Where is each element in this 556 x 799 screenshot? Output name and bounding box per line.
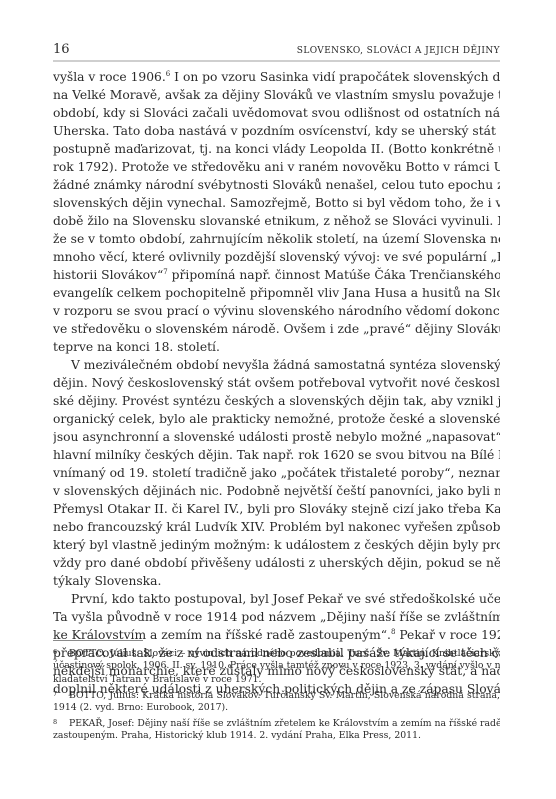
line-text: v slovenských dějinách nic. Podobně nejv… — [53, 484, 500, 498]
text-line: vyšla v roce 1906.6 I on po vzoru Sasink… — [53, 68, 500, 86]
line-text: že se v tomto období, zahrnujícím několi… — [53, 232, 500, 246]
text-line: období, kdy si Slováci začali uvědomovat… — [53, 104, 500, 122]
footnote-number: 7 — [53, 687, 69, 701]
line-text: V meziválečném období nevyšla žádná samo… — [71, 358, 500, 372]
footnote-8: 8PEKAŘ, Josef: Dějiny naší říše se zvláš… — [53, 715, 500, 743]
footnote-number: 6 — [53, 645, 69, 659]
line-text: Přemysl Otakar II. či Karel IV., byli pr… — [53, 502, 500, 516]
footnotes: 6BOTTO, Július: Slováci – vývin ich náro… — [53, 645, 500, 743]
line-text: období, kdy si Slováci začali uvědomovat… — [53, 106, 500, 120]
footnote-line: 7BOTTO, Július: Krátka história Slovákov… — [53, 687, 500, 701]
text-line: mnoho věcí, které ovlivnily pozdější slo… — [53, 248, 500, 266]
footnote-text: BOTTO, Július: Krátka história Slovákov.… — [69, 690, 500, 701]
footnote-text: BOTTO, Július: Slováci – vývin ich národ… — [69, 648, 500, 659]
text-line: v slovenských dějinách nic. Podobně nejv… — [53, 482, 500, 500]
text-line: nebo francouzský král Ludvík XIV. Problé… — [53, 518, 500, 536]
text-line: V meziválečném období nevyšla žádná samo… — [53, 356, 500, 374]
text-line: jsou asynchronní a slovenské události pr… — [53, 428, 500, 446]
footnote-text: kladatelství Tatran v Bratislavě v roce … — [53, 674, 262, 685]
page-number: 16 — [53, 43, 70, 57]
line-text: době žilo na Slovensku slovanské etnikum… — [53, 214, 500, 228]
text-line: evangelík celkem pochopitelně připomněl … — [53, 284, 500, 302]
text-line: vždy pro dané období přivěšeny události … — [53, 554, 500, 572]
line-text: slovenských dějin vynechal. Samozřejmě, … — [53, 196, 500, 210]
text-line: postupně maďarizovat, tj. na konci vlády… — [53, 140, 500, 158]
text-line: hlavní milníky českých dějin. Tak např. … — [53, 446, 500, 464]
line-text: na Velké Moravě, avšak za dějiny Slováků… — [53, 88, 500, 102]
line-text: organický celek, bylo ale prakticky nemo… — [53, 412, 500, 426]
running-title: SLOVENSKO, SLOVÁCI A JEJICH DĚJINY — [297, 45, 500, 57]
footnote-line: 1914 (2. vyd. Brno: Eurobook, 2017). — [53, 701, 500, 715]
line-text: ské dějiny. Provést syntézu českých a sl… — [53, 394, 500, 408]
header-rule — [53, 60, 500, 62]
footnote-6: 6BOTTO, Július: Slováci – vývin ich náro… — [53, 645, 500, 687]
line-text: postupně maďarizovat, tj. na konci vlády… — [53, 142, 500, 156]
footnote-line: zastoupeným. Praha, Historický klub 1914… — [53, 729, 500, 743]
footnote-text: účastinový spolok, 1906. II. sv. 1910. P… — [53, 660, 500, 671]
line-text: První, kdo takto postupoval, byl Josef P… — [71, 592, 500, 606]
line-text: vždy pro dané období přivěšeny události … — [53, 556, 500, 570]
line-text: vnímaný od 19. století tradičně jako „po… — [53, 466, 500, 480]
text-line: době žilo na Slovensku slovanské etnikum… — [53, 212, 500, 230]
text-line: dějin. Nový československý stát ovšem po… — [53, 374, 500, 392]
text-line: na Velké Moravě, avšak za dějiny Slováků… — [53, 86, 500, 104]
text-line: vnímaný od 19. století tradičně jako „po… — [53, 464, 500, 482]
text-line: Ta vyšla původně v roce 1914 pod názvem … — [53, 608, 500, 626]
line-text: nebo francouzský král Ludvík XIV. Problé… — [53, 520, 500, 534]
line-text: připomíná např. činnost Matúše Čáka Tren… — [168, 268, 500, 282]
text-line: ské dějiny. Provést syntézu českých a sl… — [53, 392, 500, 410]
text-line: teprve na konci 18. století. — [53, 338, 500, 356]
text-line: že se v tomto období, zahrnujícím několi… — [53, 230, 500, 248]
text-line: organický celek, bylo ale prakticky nemo… — [53, 410, 500, 428]
line-text: vyšla v roce 1906. — [53, 70, 166, 84]
line-text: který byl vlastně jediným možným: k udál… — [53, 538, 500, 552]
footnote-text: PEKAŘ, Josef: Dějiny naší říše se zvlášt… — [69, 718, 500, 729]
body-text: vyšla v roce 1906.6 I on po vzoru Sasink… — [53, 68, 500, 698]
line-text: žádné známky národní svébytnosti Slováků… — [53, 178, 500, 192]
line-text: jsou asynchronní a slovenské události pr… — [53, 430, 500, 444]
footnote-line: 6BOTTO, Július: Slováci – vývin ich náro… — [53, 645, 500, 659]
footnote-text: 1914 (2. vyd. Brno: Eurobook, 2017). — [53, 702, 228, 713]
text-line: týkaly Slovenska. — [53, 572, 500, 590]
text-line: rok 1792). Protože ve středověku ani v r… — [53, 158, 500, 176]
line-text: dějin. Nový československý stát ovšem po… — [53, 376, 500, 390]
line-text: rok 1792). Protože ve středověku ani v r… — [53, 160, 500, 174]
line-text: týkaly Slovenska. — [53, 574, 161, 588]
line-text: I on po vzoru Sasinka vidí prapočátek sl… — [170, 70, 500, 84]
line-text: ve středověku o slovenském národě. Ovšem… — [53, 322, 500, 336]
footnote-line: 8PEKAŘ, Josef: Dějiny naší říše se zvláš… — [53, 715, 500, 729]
text-line: ke Královstvím a zemím na říšské radě za… — [53, 626, 500, 644]
line-text: Ta vyšla původně v roce 1914 pod názvem … — [53, 610, 500, 624]
line-text: evangelík celkem pochopitelně připomněl … — [53, 286, 500, 300]
footnote-text: zastoupeným. Praha, Historický klub 1914… — [53, 730, 421, 741]
footnote-number: 8 — [53, 715, 69, 729]
footnote-rule — [53, 640, 143, 641]
text-line: v rozporu se svou prací o vývinu slovens… — [53, 302, 500, 320]
text-line: První, kdo takto postupoval, byl Josef P… — [53, 590, 500, 608]
line-text: Pekař v roce 1921 knihu — [395, 628, 500, 642]
text-line: žádné známky národní svébytnosti Slováků… — [53, 176, 500, 194]
text-line: ve středověku o slovenském národě. Ovšem… — [53, 320, 500, 338]
footnote-line: účastinový spolok, 1906. II. sv. 1910. P… — [53, 659, 500, 673]
text-line: slovenských dějin vynechal. Samozřejmě, … — [53, 194, 500, 212]
footnote-line: kladatelství Tatran v Bratislavě v roce … — [53, 673, 500, 687]
text-line: historii Slovákov“7 připomíná např. činn… — [53, 266, 500, 284]
line-text: historii Slovákov“ — [53, 268, 163, 282]
line-text: Uherska. Tato doba nastává v pozdním osv… — [53, 124, 500, 138]
text-line: který byl vlastně jediným možným: k udál… — [53, 536, 500, 554]
line-text: mnoho věcí, které ovlivnily pozdější slo… — [53, 250, 500, 264]
footnote-7: 7BOTTO, Július: Krátka história Slovákov… — [53, 687, 500, 715]
page-header: 16 SLOVENSKO, SLOVÁCI A JEJICH DĚJINY — [53, 43, 500, 57]
line-text: v rozporu se svou prací o vývinu slovens… — [53, 304, 500, 318]
text-line: Uherska. Tato doba nastává v pozdním osv… — [53, 122, 500, 140]
text-line: Přemysl Otakar II. či Karel IV., byli pr… — [53, 500, 500, 518]
line-text: hlavní milníky českých dějin. Tak např. … — [53, 448, 500, 462]
line-text: teprve na konci 18. století. — [53, 340, 220, 354]
